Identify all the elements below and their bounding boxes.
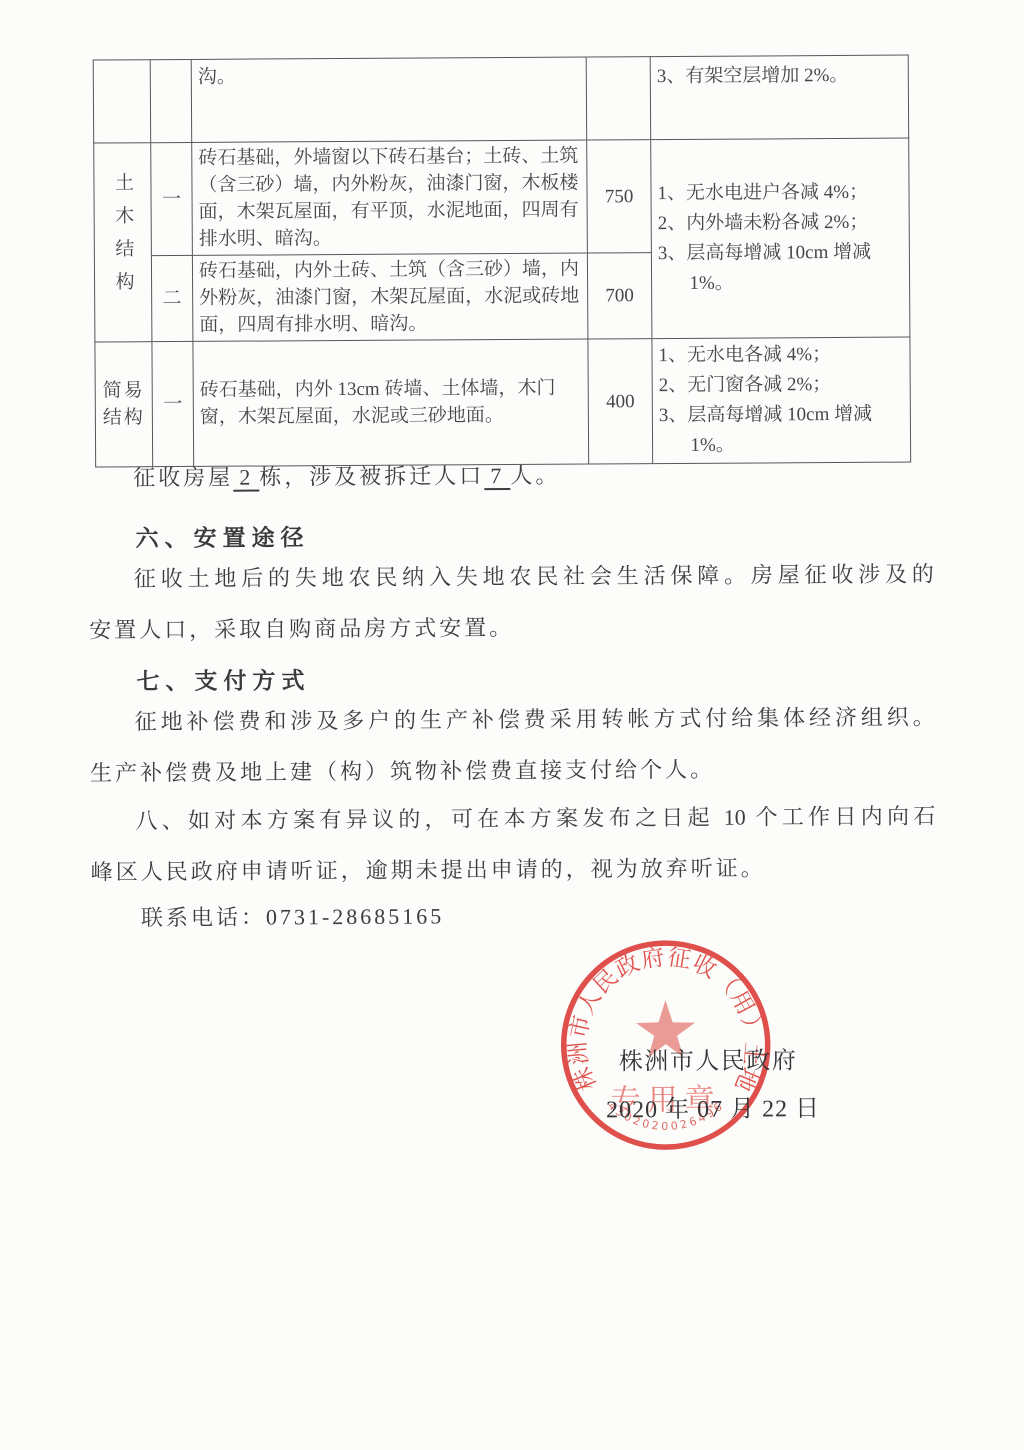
para6-line2: 安置人口，采取自购商品房方式安置。 xyxy=(89,610,934,645)
notes-cell: 1、无水电各减 4%； 2、无门窗各减 2%； 3、层高每增减 10cm 增减 … xyxy=(652,337,911,464)
price-cell-empty xyxy=(586,57,651,140)
houses-count-underlined: 2 xyxy=(233,465,259,492)
price-cell: 700 xyxy=(587,253,652,339)
note-line: 3、层高每增减 10cm 增减 1%。 xyxy=(658,238,903,299)
table-row-tumu-1: 土木结构 一 砖石基础，外墙窗以下砖石基台；土砖、土筑（含三砂）墙，内外粉灰，油… xyxy=(94,138,910,256)
houses-prefix: 征收房屋 xyxy=(133,465,233,491)
para8-line1: 八、如对本方案有异议的，可在本方案发布之日起 10 个工作日内向石 xyxy=(90,801,935,836)
issue-date: 2020 年 07 月 22 日 xyxy=(606,1088,820,1124)
houses-suffix: 人。 xyxy=(510,463,560,488)
para7-line1: 征地补偿费和涉及多户的生产补偿费采用转帐方式付给集体经济组织。 xyxy=(90,702,935,737)
note-line: 1、无水电各减 4%； xyxy=(658,340,903,371)
houses-mid: 栋，涉及被拆迁人口 xyxy=(259,463,484,489)
compensation-table: 沟。 3、有架空层增加 2%。 土木结构 一 砖石基础，外墙窗以下砖石基台；土砖… xyxy=(93,55,911,468)
category-cell-jianyi: 简易结构 xyxy=(95,342,153,467)
para8-line2: 峰区人民政府申请听证，逾期未提出申请的，视为放弃听证。 xyxy=(91,852,936,887)
price-cell: 750 xyxy=(587,140,652,253)
houses-summary-line: 征收房屋2栋，涉及被拆迁人口7人。 xyxy=(88,458,978,493)
category-label: 土木结构 xyxy=(109,172,137,304)
section-heading-6: 六、安置途径 xyxy=(89,518,934,553)
document-page: 沟。 3、有架空层增加 2%。 土木结构 一 砖石基础，外墙窗以下砖石基台；土砖… xyxy=(0,0,1024,1450)
people-count-underlined: 7 xyxy=(484,463,510,490)
notes-cell: 1、无水电进户各减 4%； 2、内外墙未粉各减 2%； 3、层高每增减 10cm… xyxy=(651,138,910,339)
para6-line1: 征收土地后的失地农民纳入失地农民社会生活保障。房屋征收涉及的 xyxy=(89,559,934,594)
document-content: 沟。 3、有架空层增加 2%。 土木结构 一 砖石基础，外墙窗以下砖石基台；土砖… xyxy=(85,0,939,1450)
note-line: 1、无水电进户各减 4%； xyxy=(657,178,902,209)
note-line: 3、有架空层增加 2%。 xyxy=(657,61,902,92)
grade-cell: 一 xyxy=(152,341,194,466)
price-cell: 400 xyxy=(588,339,653,464)
description-cell: 砖石基础，内外土砖、土筑（含三砂）墙，内外粉灰，油漆门窗，木架瓦屋面，水泥或砖地… xyxy=(192,253,588,341)
issuer-name: 株洲市人民政府 xyxy=(619,1040,798,1076)
description-cell: 砖石基础，内外 13cm 砖墙、土体墙，木门窗，木架瓦屋面，水泥或三砂地面。 xyxy=(193,339,589,466)
grade-cell: 一 xyxy=(151,142,193,255)
note-line: 2、无门窗各减 2%； xyxy=(659,370,904,401)
grade-cell: 二 xyxy=(151,255,193,341)
category-cell-empty xyxy=(93,60,151,143)
description-cell: 砖石基础，外墙窗以下砖石基台；土砖、土筑（含三砂）墙，内外粉灰，油漆门窗，木板楼… xyxy=(192,140,588,255)
note-line: 2、内外墙未粉各减 2%； xyxy=(658,208,903,239)
table-row-jianyi: 简易结构 一 砖石基础，内外 13cm 砖墙、土体墙，木门窗，木架瓦屋面，水泥或… xyxy=(95,337,911,467)
section-heading-7: 七、支付方式 xyxy=(89,661,934,696)
grade-cell-empty xyxy=(150,59,192,142)
notes-cell: 3、有架空层增加 2%。 xyxy=(650,55,909,140)
note-line: 3、层高每增减 10cm 增减 1%。 xyxy=(659,400,904,461)
table-row-continuation: 沟。 3、有架空层增加 2%。 xyxy=(93,55,908,143)
para7-line2: 生产补偿费及地上建（构）筑物补偿费直接支付给个人。 xyxy=(90,753,935,788)
description-cell: 沟。 xyxy=(191,57,586,142)
contact-phone-line: 联系电话：0731-28685165 xyxy=(91,898,986,933)
category-cell-tumu: 土木结构 xyxy=(94,143,152,342)
